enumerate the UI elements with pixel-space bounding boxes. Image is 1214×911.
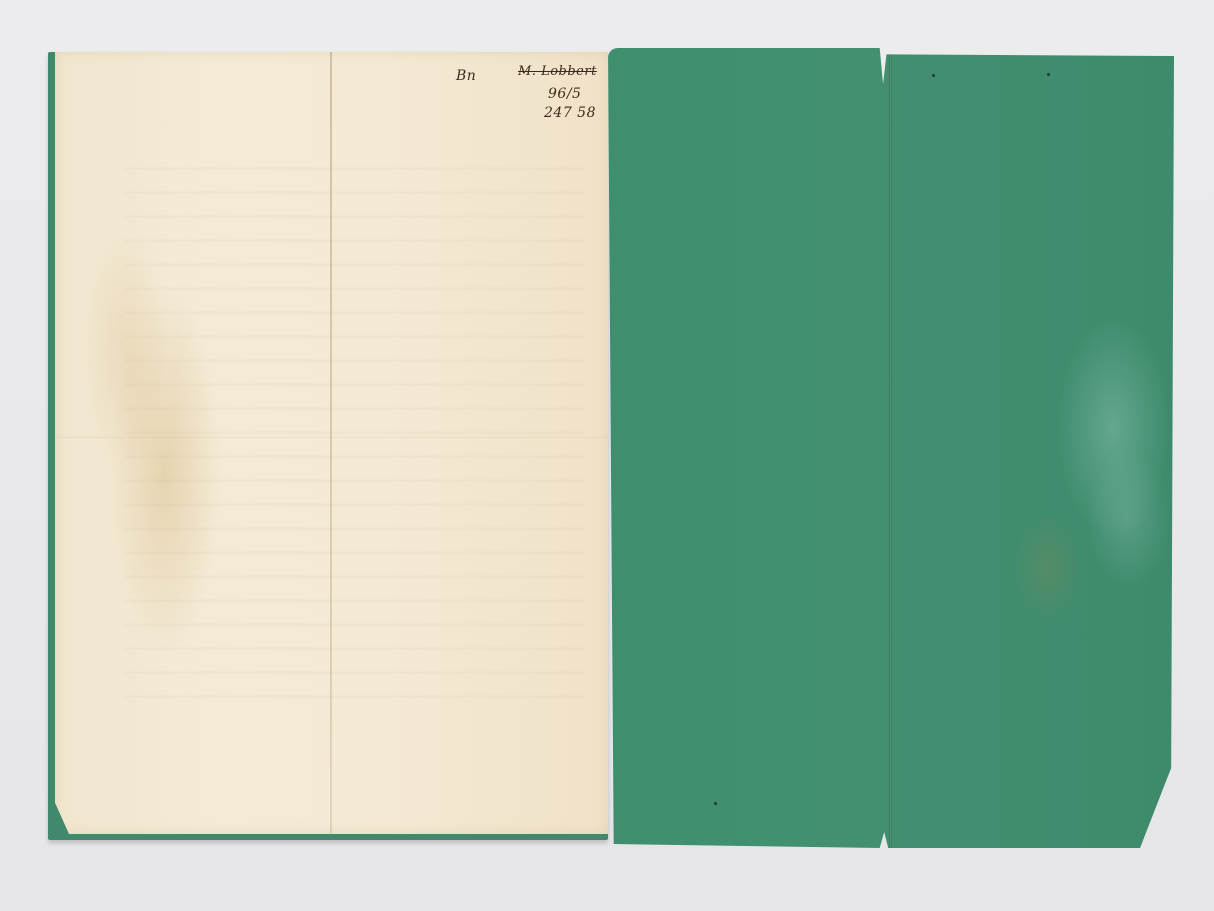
green-cover-panel [608,48,1174,848]
vertical-fold-line [330,52,332,834]
cream-inner-sheet [55,52,608,834]
cover-fold-line [889,48,892,848]
speck [714,802,717,805]
handwritten-annotation-3: 96/5 [548,86,581,102]
faint-show-through-text [125,147,585,707]
handwritten-annotation-1: Bn [456,68,476,84]
handwritten-annotation-2: M. Lobbert [518,64,597,79]
photo-scene: Bn M. Lobbert 96/5 247 58 [0,0,1214,911]
horizontal-fold-line [55,437,608,438]
handwritten-annotation-4: 247 58 [544,105,596,121]
speck [1047,73,1050,76]
speck [932,74,935,77]
